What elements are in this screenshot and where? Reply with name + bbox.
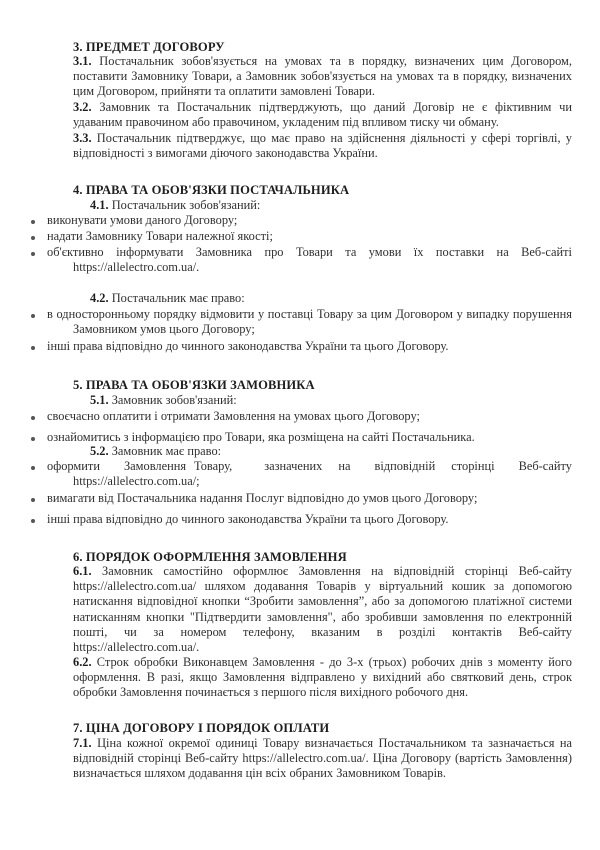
clause-number: 3.2. [73,100,92,114]
bullet-icon [31,314,35,318]
list-item-text: своєчасно оплатити і отримати Замовлення… [47,409,572,424]
clause-number: 4.1. [90,198,109,212]
bullet-icon [31,416,35,420]
bullet-icon [31,519,35,523]
bullet-icon [31,252,35,256]
list-item: ознайомитись з інформацією про Товари, я… [47,430,572,445]
list-item: в односторонньому порядку відмовити у по… [47,307,572,337]
list-item-text: виконувати умови даного Договору; [47,213,572,228]
clause-number: 5.2. [90,444,109,458]
list-item: своєчасно оплатити і отримати Замовлення… [47,409,572,424]
section-5-heading: 5. ПРАВА ТА ОБОВ'ЯЗКИ ЗАМОВНИКА [73,378,315,393]
clause-text: Ціна кожної окремої одиниці Товару визна… [73,736,572,780]
bullet-icon [31,346,35,350]
clause-text: Постачальник має право: [112,291,245,305]
clause-text: Постачальник підтверджує, що має право н… [73,131,572,160]
clause-3-1: 3.1. Постачальник зобов'язується на умов… [73,54,572,100]
clause-3-2: 3.2. Замовник та Постачальник підтверджу… [73,100,572,130]
list-item: інші права відповідно до чинного законод… [47,339,572,354]
clause-number: 6.2. [73,655,92,669]
section-6-heading: 6. ПОРЯДОК ОФОРМЛЕННЯ ЗАМОВЛЕННЯ [73,550,347,565]
clause-text: Постачальник зобов'язується на умовах та… [73,54,572,98]
list-item-text: вимагати від Постачальника надання Послу… [47,491,572,506]
clause-5-1: 5.1. Замовник зобов'язаний: [90,393,237,408]
clause-number: 3.3. [73,131,92,145]
list-item-text: надати Замовнику Товари належної якості; [47,229,572,244]
list-item-text-continued: https://allelectro.com.ua/. [47,260,572,275]
list-item-text-continued: https://allelectro.com.ua/; [47,474,572,489]
section-4-heading: 4. ПРАВА ТА ОБОВ'ЯЗКИ ПОСТАЧАЛЬНИКА [73,183,349,198]
clause-7-1: 7.1. Ціна кожної окремої одиниці Товару … [73,736,572,782]
clause-number: 3.1. [73,54,92,68]
list-item: надати Замовнику Товари належної якості; [47,229,572,244]
clause-5-2: 5.2. Замовник має право: [90,444,221,459]
list-item-text: об'єктивно інформувати Замовника про Тов… [47,245,572,260]
list-item: об'єктивно інформувати Замовника про Тов… [47,245,572,275]
clause-3-3: 3.3. Постачальник підтверджує, що має пр… [73,131,572,161]
clause-text: Замовник зобов'язаний: [112,393,237,407]
list-item: виконувати умови даного Договору; [47,213,572,228]
list-item-text-continued: Замовником умов цього Договору; [47,322,572,337]
list-item-text: оформити Замовлення Товару, зазначених н… [47,459,572,474]
clause-number: 7.1. [73,736,92,750]
bullet-icon [31,437,35,441]
document-page: 3. ПРЕДМЕТ ДОГОВОРУ 3.1. Постачальник зо… [0,0,600,850]
list-item-text: в односторонньому порядку відмовити у по… [47,307,572,322]
bullet-icon [31,236,35,240]
clause-4-2: 4.2. Постачальник має право: [90,291,245,306]
section-3-heading: 3. ПРЕДМЕТ ДОГОВОРУ [73,40,225,55]
clause-text: Замовник та Постачальник підтверджують, … [73,100,572,129]
bullet-icon [31,498,35,502]
list-item-text: ознайомитись з інформацією про Товари, я… [47,430,572,445]
clause-number: 4.2. [90,291,109,305]
clause-6-2: 6.2. Строк обробки Виконавцем Замовлення… [73,655,572,701]
clause-number: 5.1. [90,393,109,407]
clause-6-1: 6.1. Замовник самостійно оформлює Замовл… [73,564,572,655]
bullet-icon [31,220,35,224]
list-item: інші права відповідно до чинного законод… [47,512,572,527]
list-item-text: інші права відповідно до чинного законод… [47,512,572,527]
clause-4-1: 4.1. Постачальник зобов'язаний: [90,198,260,213]
list-item: оформити Замовлення Товару, зазначених н… [47,459,572,489]
clause-text: Строк обробки Виконавцем Замовлення - до… [73,655,572,699]
section-7-heading: 7. ЦІНА ДОГОВОРУ І ПОРЯДОК ОПЛАТИ [73,721,329,736]
clause-text: Замовник самостійно оформлює Замовлення … [73,564,572,654]
list-item-text: інші права відповідно до чинного законод… [47,339,572,354]
clause-number: 6.1. [73,564,92,578]
bullet-icon [31,466,35,470]
clause-text: Постачальник зобов'язаний: [112,198,261,212]
list-item: вимагати від Постачальника надання Послу… [47,491,572,506]
clause-text: Замовник має право: [112,444,221,458]
